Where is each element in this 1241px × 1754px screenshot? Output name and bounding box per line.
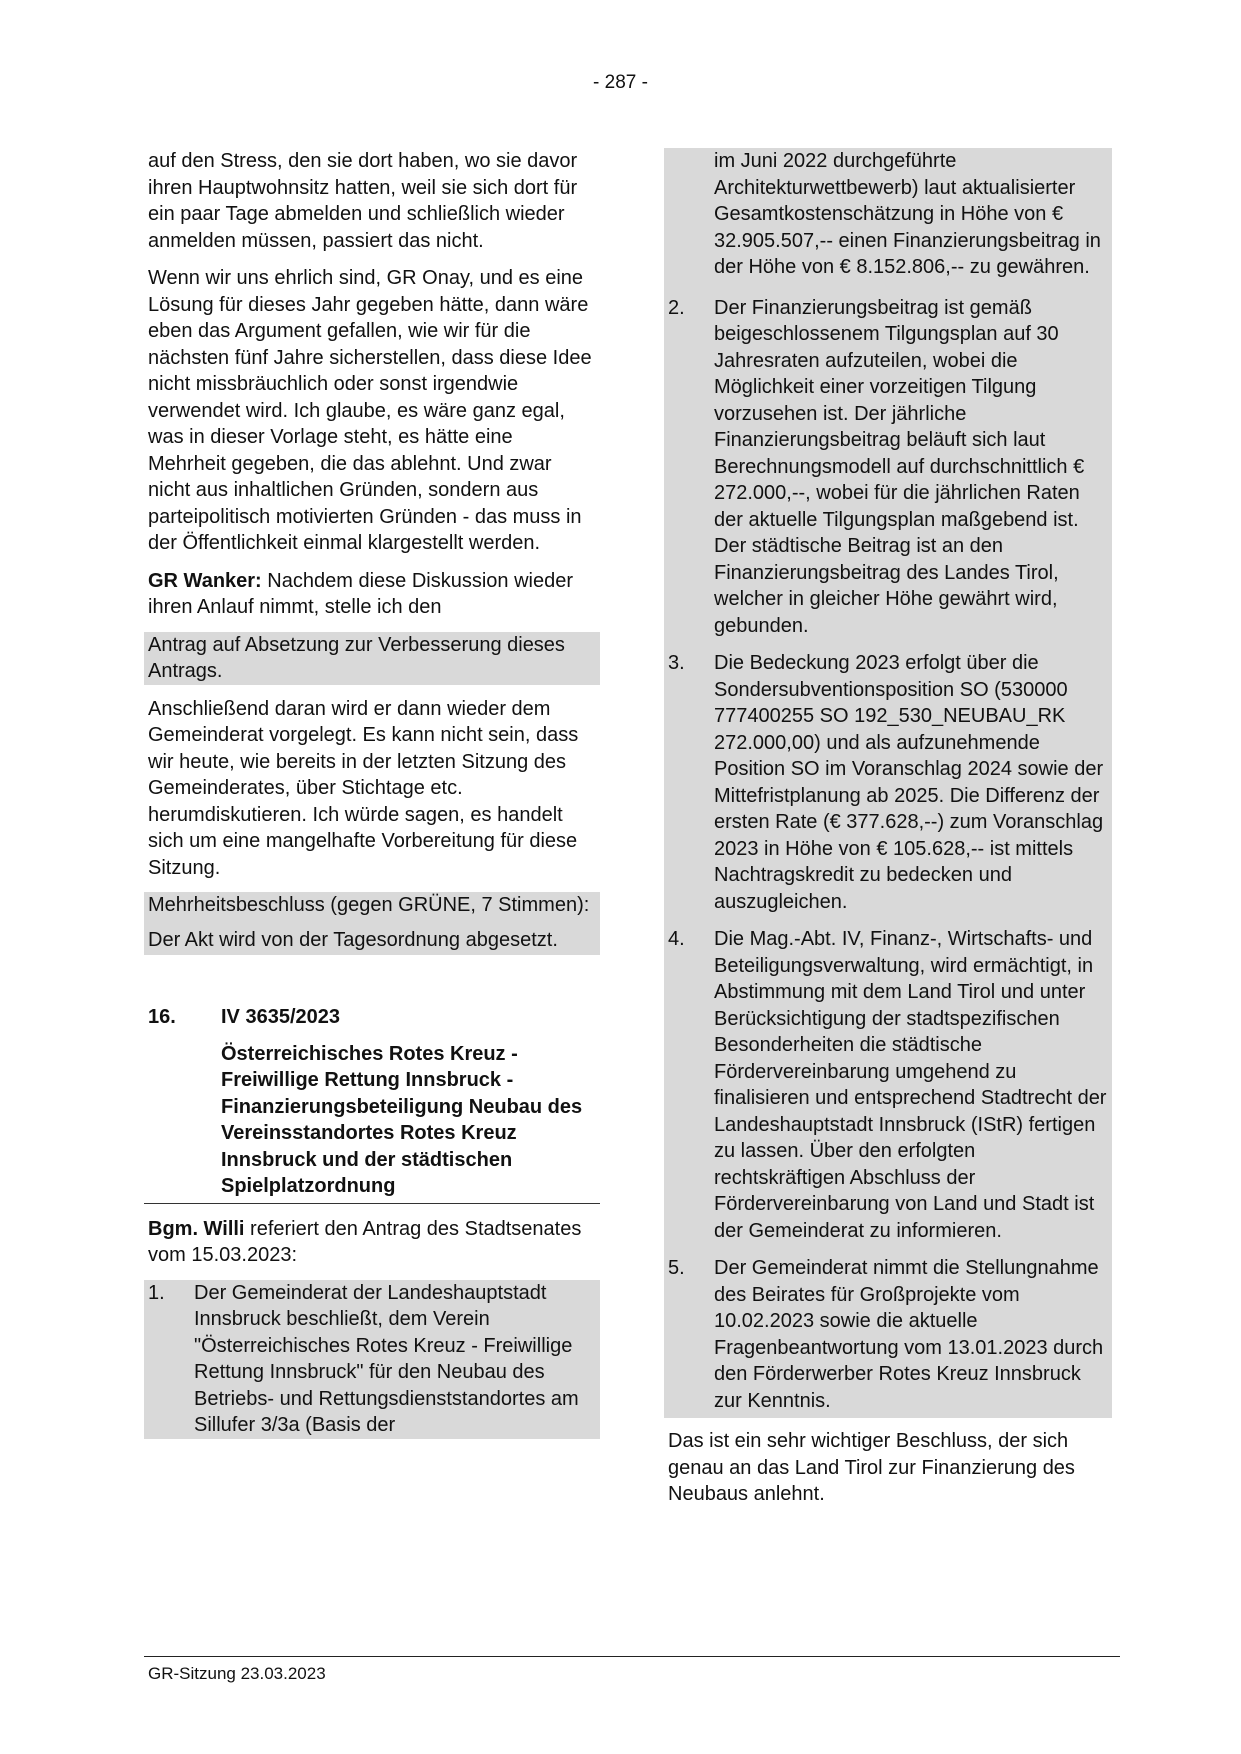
vote-result: Der Akt wird von der Tagesordnung abgese… xyxy=(144,927,600,954)
list-item: 2. Der Finanzierungsbeitrag ist gemäß be… xyxy=(664,295,1112,640)
right-column: im Juni 2022 durchgeführte Architekturwe… xyxy=(664,148,1112,1519)
resolution-list-continued: im Juni 2022 durchgeführte Architekturwe… xyxy=(664,148,1112,1418)
footer-divider xyxy=(144,1656,1120,1657)
list-item-number: 2. xyxy=(668,295,714,640)
list-item-text: Der Finanzierungsbeitrag ist gemäß beige… xyxy=(714,295,1108,640)
list-item-number: 1. xyxy=(148,1280,194,1439)
motion-box: Antrag auf Absetzung zur Verbesserung di… xyxy=(144,632,600,685)
paragraph: Anschließend daran wird er dann wieder d… xyxy=(144,696,600,882)
agenda-item-header: 16. IV 3635/2023 xyxy=(144,1004,600,1031)
paragraph: auf den Stress, den sie dort haben, wo s… xyxy=(144,148,600,254)
list-item-continuation: im Juni 2022 durchgeführte Architekturwe… xyxy=(664,148,1112,285)
speaker-name: Bgm. Willi xyxy=(148,1218,244,1240)
list-item-text: Der Gemeinderat nimmt die Stellungnahme … xyxy=(714,1255,1108,1414)
vote-box: Mehrheitsbeschluss (gegen GRÜNE, 7 Stimm… xyxy=(144,892,600,955)
list-item-text: Der Gemeinderat der Landeshauptstadt Inn… xyxy=(194,1280,596,1439)
list-item-number: 4. xyxy=(668,926,714,1244)
list-item-text: Die Bedeckung 2023 erfolgt über die Sond… xyxy=(714,650,1108,915)
footer-text: GR-Sitzung 23.03.2023 xyxy=(148,1664,326,1684)
list-item-number: 5. xyxy=(668,1255,714,1414)
closing-paragraph: Das ist ein sehr wichtiger Beschluss, de… xyxy=(664,1428,1112,1508)
agenda-item-number: 16. xyxy=(148,1004,221,1031)
vote-label: Mehrheitsbeschluss (gegen GRÜNE, 7 Stimm… xyxy=(144,892,600,919)
list-item: 1. Der Gemeinderat der Landeshauptstadt … xyxy=(144,1280,600,1439)
page-number: - 287 - xyxy=(0,72,1241,94)
speaker-paragraph: GR Wanker: Nachdem diese Diskussion wied… xyxy=(144,568,600,621)
list-item: 3. Die Bedeckung 2023 erfolgt über die S… xyxy=(664,639,1112,915)
speaker-name: GR Wanker: xyxy=(148,570,262,592)
list-item: 4. Die Mag.-Abt. IV, Finanz-, Wirtschaft… xyxy=(664,915,1112,1244)
left-column: auf den Stress, den sie dort haben, wo s… xyxy=(144,148,600,1439)
paragraph: Wenn wir uns ehrlich sind, GR Onay, und … xyxy=(144,265,600,557)
speaker-paragraph: Bgm. Willi referiert den Antrag des Stad… xyxy=(144,1216,600,1269)
list-item: 5. Der Gemeinderat nimmt die Stellungnah… xyxy=(664,1244,1112,1414)
list-item-number: 3. xyxy=(668,650,714,915)
list-item-text: Die Mag.-Abt. IV, Finanz-, Wirtschafts- … xyxy=(714,926,1108,1244)
agenda-item-reference: IV 3635/2023 xyxy=(221,1004,340,1031)
resolution-list: 1. Der Gemeinderat der Landeshauptstadt … xyxy=(144,1280,600,1439)
agenda-item-title: Österreichisches Rotes Kreuz - Freiwilli… xyxy=(144,1041,600,1204)
